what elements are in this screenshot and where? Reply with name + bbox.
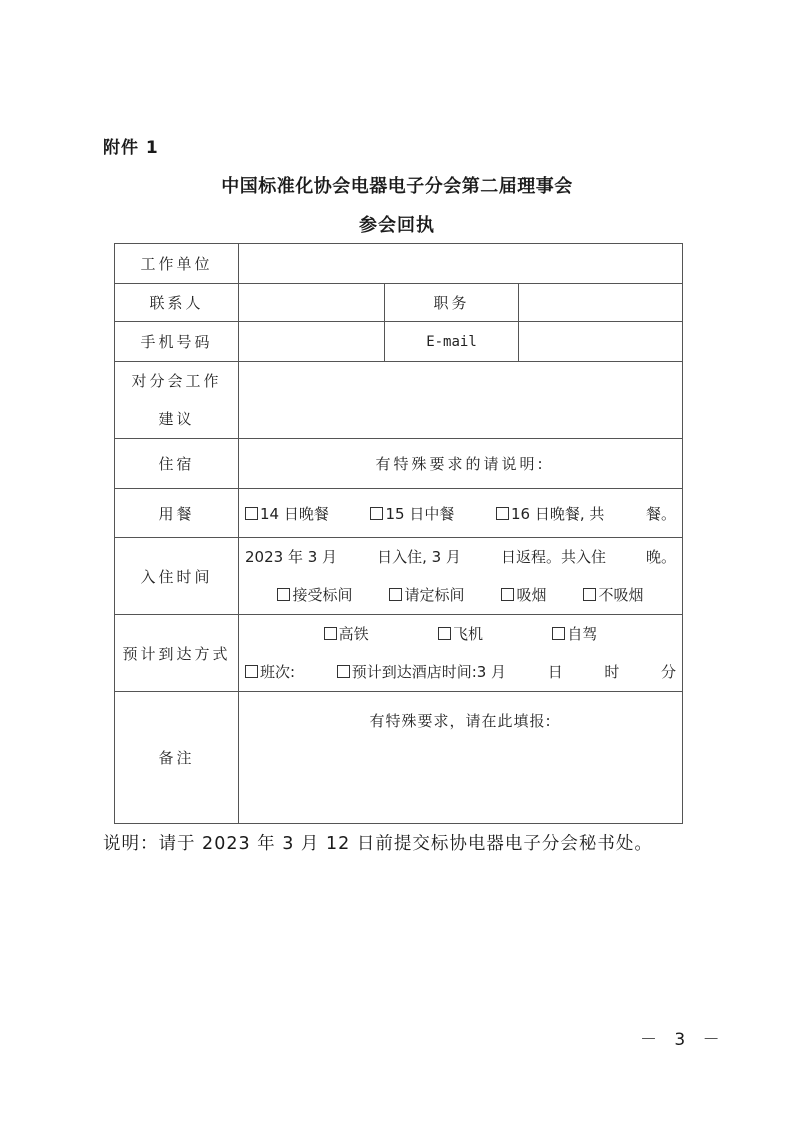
meals-field: 14 日晚餐 15 日中餐 16 日晚餐, 共 餐。: [239, 489, 683, 538]
row-lodging: 住宿 有特殊要求的请说明:: [115, 439, 683, 489]
room-option-non-smoking[interactable]: 不吸烟: [583, 576, 643, 614]
room-option-accept-standard[interactable]: 接受标间: [277, 576, 352, 614]
train-number-option[interactable]: 班次:: [245, 653, 295, 691]
row-checkin: 入住时间 2023 年 3 月 日入住, 3 月 日返程。共入住 晚。 接受标间…: [115, 538, 683, 615]
checkin-field: 2023 年 3 月 日入住, 3 月 日返程。共入住 晚。 接受标间 请定标间…: [239, 538, 683, 615]
meals-label: 用餐: [115, 489, 239, 538]
checkbox-icon[interactable]: [337, 665, 350, 678]
work-unit-label: 工作单位: [115, 244, 239, 284]
position-field[interactable]: [519, 284, 683, 322]
page-number: － 3 －: [640, 1025, 726, 1050]
checkin-label: 入住时间: [115, 538, 239, 615]
email-label: E-mail: [385, 322, 519, 362]
row-work-unit: 工作单位: [115, 244, 683, 284]
checkbox-icon[interactable]: [552, 627, 565, 640]
checkbox-icon[interactable]: [277, 588, 290, 601]
document-title: 中国标准化协会电器电子分会第二届理事会: [0, 172, 794, 198]
registration-form-table: 工作单位 联系人 职务 手机号码 E-mail 对分会工作 建议 住宿 有特殊要…: [114, 243, 683, 824]
suggestion-field[interactable]: [239, 362, 683, 439]
arrival-option-self-drive[interactable]: 自驾: [552, 615, 597, 653]
position-label: 职务: [385, 284, 519, 322]
row-meals: 用餐 14 日晚餐 15 日中餐 16 日晚餐, 共 餐。: [115, 489, 683, 538]
document-subtitle: 参会回执: [0, 211, 794, 237]
eta-day: 日: [548, 653, 563, 691]
submission-note: 说明：请于 2023 年 3 月 12 日前提交标协电器电子分会秘书处。: [103, 830, 653, 855]
arrival-option-high-speed-rail[interactable]: 高铁: [324, 615, 369, 653]
suggestion-label: 对分会工作 建议: [115, 362, 239, 439]
checkin-year-month: 2023 年 3 月: [245, 538, 337, 576]
phone-field[interactable]: [239, 322, 385, 362]
phone-label: 手机号码: [115, 322, 239, 362]
eta-option[interactable]: 预计到达酒店时间:3 月: [337, 653, 506, 691]
checkin-day-return-month: 日入住, 3 月: [377, 538, 461, 576]
checkbox-icon[interactable]: [438, 627, 451, 640]
checkbox-icon[interactable]: [496, 507, 509, 520]
suggestion-label-line2: 建议: [115, 400, 238, 438]
remarks-label: 备注: [115, 692, 239, 824]
checkbox-icon[interactable]: [389, 588, 402, 601]
row-phone: 手机号码 E-mail: [115, 322, 683, 362]
checkbox-icon[interactable]: [370, 507, 383, 520]
checkbox-icon[interactable]: [501, 588, 514, 601]
arrival-option-airplane[interactable]: 飞机: [438, 615, 483, 653]
return-day-nights: 日返程。共入住: [501, 538, 606, 576]
suggestion-label-line1: 对分会工作: [115, 362, 238, 400]
meal-option-15-lunch[interactable]: 15 日中餐: [370, 503, 454, 524]
contact-field[interactable]: [239, 284, 385, 322]
remarks-field[interactable]: 有特殊要求，请在此填报:: [239, 692, 683, 824]
nights-suffix: 晚。: [646, 538, 676, 576]
checkbox-icon[interactable]: [245, 507, 258, 520]
checkbox-icon[interactable]: [324, 627, 337, 640]
arrival-field: 高铁 飞机 自驾 班次: 预计到达酒店时间:3 月 日 时 分: [239, 615, 683, 692]
meal-option-14-dinner[interactable]: 14 日晚餐: [245, 503, 329, 524]
room-option-smoking[interactable]: 吸烟: [501, 576, 546, 614]
checkbox-icon[interactable]: [245, 665, 258, 678]
meal-count-suffix: 餐。: [646, 503, 676, 524]
attachment-label: 附件 1: [103, 133, 159, 158]
row-suggestion: 对分会工作 建议: [115, 362, 683, 439]
contact-label: 联系人: [115, 284, 239, 322]
lodging-label: 住宿: [115, 439, 239, 489]
remarks-prompt: 有特殊要求，请在此填报:: [239, 692, 682, 731]
arrival-label: 预计到达方式: [115, 615, 239, 692]
row-contact: 联系人 职务: [115, 284, 683, 322]
eta-minute: 分: [661, 653, 676, 691]
email-field[interactable]: [519, 322, 683, 362]
lodging-prompt: 有特殊要求的请说明:: [375, 455, 545, 473]
lodging-field[interactable]: 有特殊要求的请说明:: [239, 439, 683, 489]
room-option-book-standard[interactable]: 请定标间: [389, 576, 464, 614]
eta-hour: 时: [604, 653, 619, 691]
meal-option-16-dinner[interactable]: 16 日晚餐, 共: [496, 503, 604, 524]
work-unit-field[interactable]: [239, 244, 683, 284]
checkbox-icon[interactable]: [583, 588, 596, 601]
row-arrival: 预计到达方式 高铁 飞机 自驾 班次: 预计到达酒店时间:3 月 日 时 分: [115, 615, 683, 692]
row-remarks: 备注 有特殊要求，请在此填报:: [115, 692, 683, 824]
